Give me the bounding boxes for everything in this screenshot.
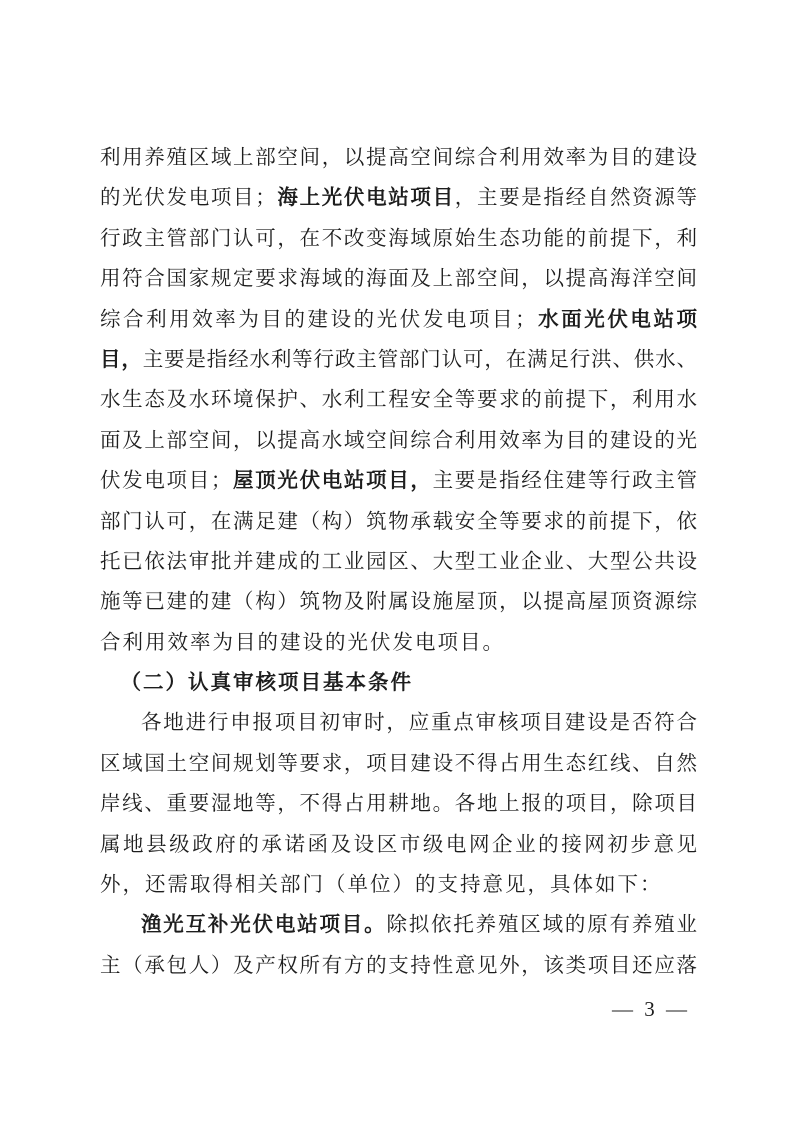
text-line-1: 利用养殖区域上部空间，以提高空间综合利用效率为目的建设 xyxy=(100,138,697,178)
text-line-18: 属地县级政府的承诺函及设区市级电网企业的接网初步意见 xyxy=(100,825,697,865)
text-line-7: 水生态及水环境保护、水利工程安全等要求的前提下，利用水 xyxy=(100,380,697,420)
body-text: 属地县级政府的承诺函及设区市级电网企业的接网初步意见 xyxy=(100,834,697,856)
body-text: 部门认可，在满足建（构）筑物承载安全等要求的前提下，依 xyxy=(100,511,697,533)
text-line-14: （二）认真审核项目基本条件 xyxy=(100,663,697,703)
text-line-17: 岸线、重要湿地等，不得占用耕地。各地上报的项目，除项目 xyxy=(100,784,697,824)
bold-text: 目， xyxy=(100,349,143,371)
body-text: 水生态及水环境保护、水利工程安全等要求的前提下，利用水 xyxy=(100,389,697,411)
body-text: 综合利用效率为目的建设的光伏发电项目； xyxy=(100,309,536,331)
text-line-9: 伏发电项目；屋顶光伏电站项目，主要是指经住建等行政主管 xyxy=(100,461,697,501)
text-line-6: 目，主要是指经水利等行政主管部门认可，在满足行洪、供水、 xyxy=(100,340,697,380)
bold-text: （二）认真审核项目基本条件 xyxy=(121,672,414,694)
body-text: 托已依法审批并建成的工业园区、大型工业企业、大型公共设 xyxy=(100,551,697,573)
text-line-10: 部门认可，在满足建（构）筑物承载安全等要求的前提下，依 xyxy=(100,502,697,542)
body-text: 岸线、重要湿地等，不得占用耕地。各地上报的项目，除项目 xyxy=(100,793,697,815)
body-text: ，主要是指经自然资源等 xyxy=(455,187,697,209)
text-line-19: 外，还需取得相关部门（单位）的支持意见，具体如下： xyxy=(100,865,697,905)
text-line-20: 渔光互补光伏电站项目。除拟依托养殖区域的原有养殖业 xyxy=(100,905,697,945)
text-line-3: 行政主管部门认可，在不改变海域原始生态功能的前提下，利 xyxy=(100,219,697,259)
text-line-8: 面及上部空间，以提高水域空间综合利用效率为目的建设的光 xyxy=(100,421,697,461)
document-body: 利用养殖区域上部空间，以提高空间综合利用效率为目的建设的光伏发电项目；海上光伏电… xyxy=(100,138,697,986)
text-line-15: 各地进行申报项目初审时，应重点审核项目建设是否符合 xyxy=(100,703,697,743)
body-text: 主要是指经水利等行政主管部门认可，在满足行洪、供水、 xyxy=(143,349,697,371)
text-line-4: 用符合国家规定要求海域的海面及上部空间，以提高海洋空间 xyxy=(100,259,697,299)
body-text: 合利用效率为目的建设的光伏发电项目。 xyxy=(100,632,505,654)
text-line-11: 托已依法审批并建成的工业园区、大型工业企业、大型公共设 xyxy=(100,542,697,582)
bold-text: 水面光伏电站项 xyxy=(536,309,697,331)
body-text: 除拟依托养殖区域的原有养殖业 xyxy=(386,914,697,936)
body-text: 的光伏发电项目； xyxy=(100,187,276,209)
bold-text: 屋顶光伏电站项目， xyxy=(231,470,432,492)
body-text: 用符合国家规定要求海域的海面及上部空间，以提高海洋空间 xyxy=(100,268,697,290)
bold-text: 海上光伏电站项目 xyxy=(276,187,455,209)
page-number: — 3 — xyxy=(612,996,690,1022)
text-line-16: 区域国土空间规划等要求，项目建设不得占用生态红线、自然 xyxy=(100,744,697,784)
body-text: 各地进行申报项目初审时，应重点审核项目建设是否符合 xyxy=(141,712,697,734)
body-text: 施等已建的建（构）筑物及附属设施屋顶，以提高屋顶资源综 xyxy=(100,591,697,613)
body-text: 面及上部空间，以提高水域空间综合利用效率为目的建设的光 xyxy=(100,430,697,452)
body-text: 区域国土空间规划等要求，项目建设不得占用生态红线、自然 xyxy=(100,753,697,775)
body-text: 利用养殖区域上部空间，以提高空间综合利用效率为目的建设 xyxy=(100,147,697,169)
body-text: 伏发电项目； xyxy=(100,470,231,492)
document-page: 利用养殖区域上部空间，以提高空间综合利用效率为目的建设的光伏发电项目；海上光伏电… xyxy=(0,0,794,1123)
text-line-12: 施等已建的建（构）筑物及附属设施屋顶，以提高屋顶资源综 xyxy=(100,582,697,622)
text-line-2: 的光伏发电项目；海上光伏电站项目，主要是指经自然资源等 xyxy=(100,178,697,218)
text-line-21: 主（承包人）及产权所有方的支持性意见外，该类项目还应落 xyxy=(100,946,697,986)
text-line-13: 合利用效率为目的建设的光伏发电项目。 xyxy=(100,623,697,663)
body-text: 行政主管部门认可，在不改变海域原始生态功能的前提下，利 xyxy=(100,228,697,250)
body-text: 外，还需取得相关部门（单位）的支持意见，具体如下： xyxy=(100,874,663,896)
text-line-5: 综合利用效率为目的建设的光伏发电项目；水面光伏电站项 xyxy=(100,300,697,340)
body-text: 主要是指经住建等行政主管 xyxy=(433,470,697,492)
body-text: 主（承包人）及产权所有方的支持性意见外，该类项目还应落 xyxy=(100,955,697,977)
bold-text: 渔光互补光伏电站项目。 xyxy=(141,914,386,936)
